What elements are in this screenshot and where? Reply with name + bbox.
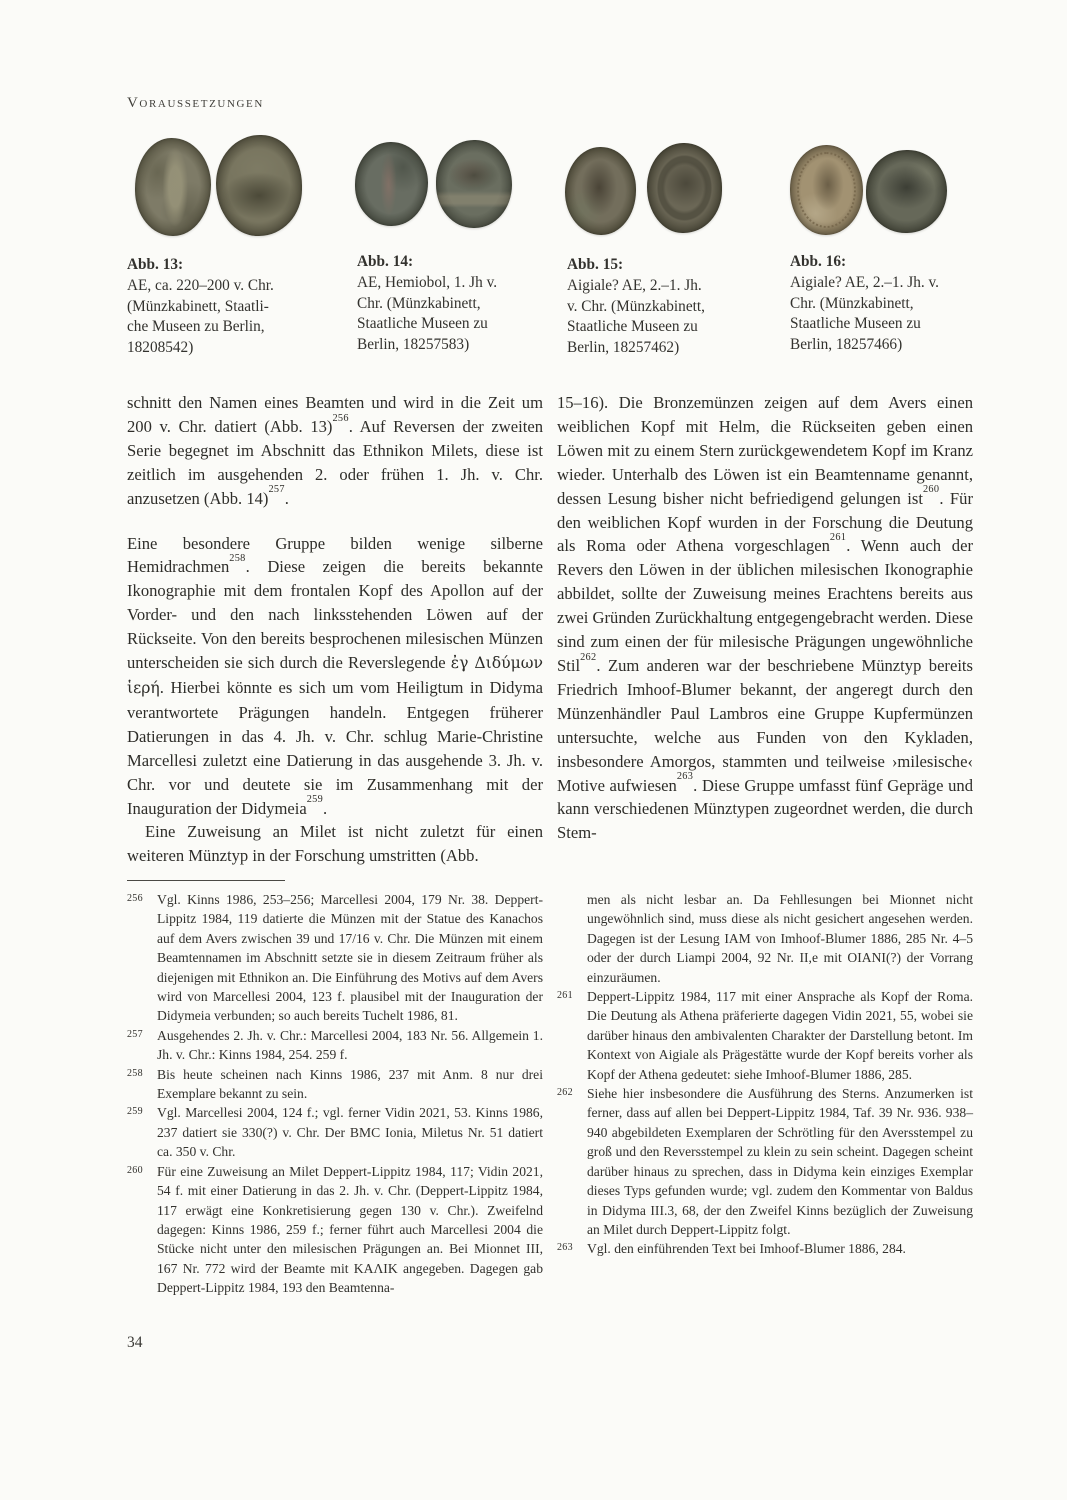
footnote-number: 261 [557, 986, 573, 1005]
body-column-right: 15–16). Die Bronzemünzen zeigen auf dem … [557, 391, 973, 845]
figure-caption-abb13: Abb. 13: AE, ca. 220–200 v. Chr. (Münzka… [127, 255, 332, 359]
footnote-text: Bis heute scheinen nach Kinns 1986, 237 … [157, 1067, 543, 1101]
footnote-divider [127, 880, 285, 881]
coin-abb13-obverse-image [135, 138, 211, 236]
coin-abb13-reverse-image [216, 135, 302, 236]
figure-caption-abb15: Abb. 15: Aigiale? AE, 2.–1. Jh. v. Chr. … [567, 255, 772, 359]
footnote-256: 256Vgl. Kinns 1986, 253–256; Marcellesi … [127, 890, 543, 1026]
footnote-reference: 262 [580, 652, 596, 663]
figure-caption-text: Aigiale? AE, 2.–1. Jh. v. Chr. (Münzkabi… [790, 273, 995, 356]
coin-abb14-reverse-image [436, 140, 512, 228]
page-number: 34 [127, 1334, 143, 1352]
footnote-reference: 258 [229, 553, 245, 564]
body-paragraph: schnitt den Namen eines Beamten und wird… [127, 391, 543, 511]
coin-abb15-reverse-image [647, 143, 722, 233]
coin-abb16-reverse-image [866, 150, 947, 233]
footnote-reference: 257 [268, 484, 284, 495]
footnote-number: 260 [127, 1161, 143, 1180]
footnote-text: Vgl. Kinns 1986, 253–256; Marcellesi 200… [157, 892, 543, 1023]
figure-caption-abb14: Abb. 14: AE, Hemiobol, 1. Jh v. Chr. (Mü… [357, 252, 562, 356]
footnote-number: 256 [127, 889, 143, 908]
footnote-261: 261Deppert-Lippitz 1984, 117 mit einer A… [557, 987, 973, 1084]
body-paragraph: Eine Zuweisung an Milet ist nicht zuletz… [127, 820, 543, 868]
footnote-262: 262Siehe hier insbesondere die Ausführun… [557, 1084, 973, 1239]
body-column-left: schnitt den Namen eines Beamten und wird… [127, 391, 543, 868]
footnote-number: 258 [127, 1064, 143, 1083]
footnote-continuation: men als nicht lesbar an. Da Fehllesungen… [557, 890, 973, 987]
coin-abb15-obverse-image [565, 147, 636, 235]
figure-label: Abb. 15: [567, 255, 772, 276]
running-header: Voraussetzungen [127, 95, 264, 112]
footnote-text: Für eine Zuweisung an Milet Deppert-Lipp… [157, 1164, 543, 1295]
footnote-reference: 259 [307, 794, 323, 805]
footnote-257: 257Ausgehendes 2. Jh. v. Chr.: Marcelles… [127, 1026, 543, 1065]
greek-legend: ἐγ Διδύμων ἱερή [127, 654, 543, 697]
figure-label: Abb. 14: [357, 252, 562, 273]
footnote-reference: 263 [677, 771, 693, 782]
coin-abb16-obverse-image [790, 145, 863, 235]
footnote-number: 259 [127, 1102, 143, 1121]
footnote-reference: 260 [923, 484, 939, 495]
footnote-text: Ausgehendes 2. Jh. v. Chr.: Marcellesi 2… [157, 1028, 543, 1062]
footnotes-column-left: 256Vgl. Kinns 1986, 253–256; Marcellesi … [127, 890, 543, 1298]
footnote-reference: 261 [830, 532, 846, 543]
figure-caption-text: AE, ca. 220–200 v. Chr. (Münzkabinett, S… [127, 276, 332, 359]
figure-label: Abb. 13: [127, 255, 332, 276]
figure-label: Abb. 16: [790, 252, 995, 273]
footnote-number: 262 [557, 1083, 573, 1102]
footnote-number: 257 [127, 1025, 143, 1044]
footnote-number: 263 [557, 1238, 573, 1257]
figure-caption-abb16: Abb. 16: Aigiale? AE, 2.–1. Jh. v. Chr. … [790, 252, 995, 356]
book-page: Voraussetzungen Abb. 13: AE, ca. 220–200… [0, 0, 1067, 1500]
footnote-259: 259Vgl. Marcellesi 2004, 124 f.; vgl. fe… [127, 1103, 543, 1161]
figure-caption-text: Aigiale? AE, 2.–1. Jh. v. Chr. (Münzkabi… [567, 276, 772, 359]
body-paragraph: Eine besondere Gruppe bilden wenige silb… [127, 532, 543, 821]
body-paragraph: 15–16). Die Bronzemünzen zeigen auf dem … [557, 391, 973, 845]
footnote-260: 260Für eine Zuweisung an Milet Deppert-L… [127, 1162, 543, 1298]
footnote-text: Vgl. den einführenden Text bei Imhoof-Bl… [587, 1241, 906, 1256]
footnote-reference: 256 [332, 413, 348, 424]
figure-caption-text: AE, Hemiobol, 1. Jh v. Chr. (Münzkabinet… [357, 273, 562, 356]
footnotes-column-right: men als nicht lesbar an. Da Fehllesungen… [557, 890, 973, 1259]
footnote-text: men als nicht lesbar an. Da Fehllesungen… [587, 892, 973, 985]
footnote-text: Siehe hier insbesondere die Ausführung d… [587, 1086, 973, 1237]
footnote-258: 258Bis heute scheinen nach Kinns 1986, 2… [127, 1065, 543, 1104]
footnote-text: Deppert-Lippitz 1984, 117 mit einer Ansp… [587, 989, 973, 1082]
coin-abb14-obverse-image [355, 142, 428, 226]
footnote-263: 263Vgl. den einführenden Text bei Imhoof… [557, 1239, 973, 1258]
footnote-text: Vgl. Marcellesi 2004, 124 f.; vgl. ferne… [157, 1105, 543, 1159]
